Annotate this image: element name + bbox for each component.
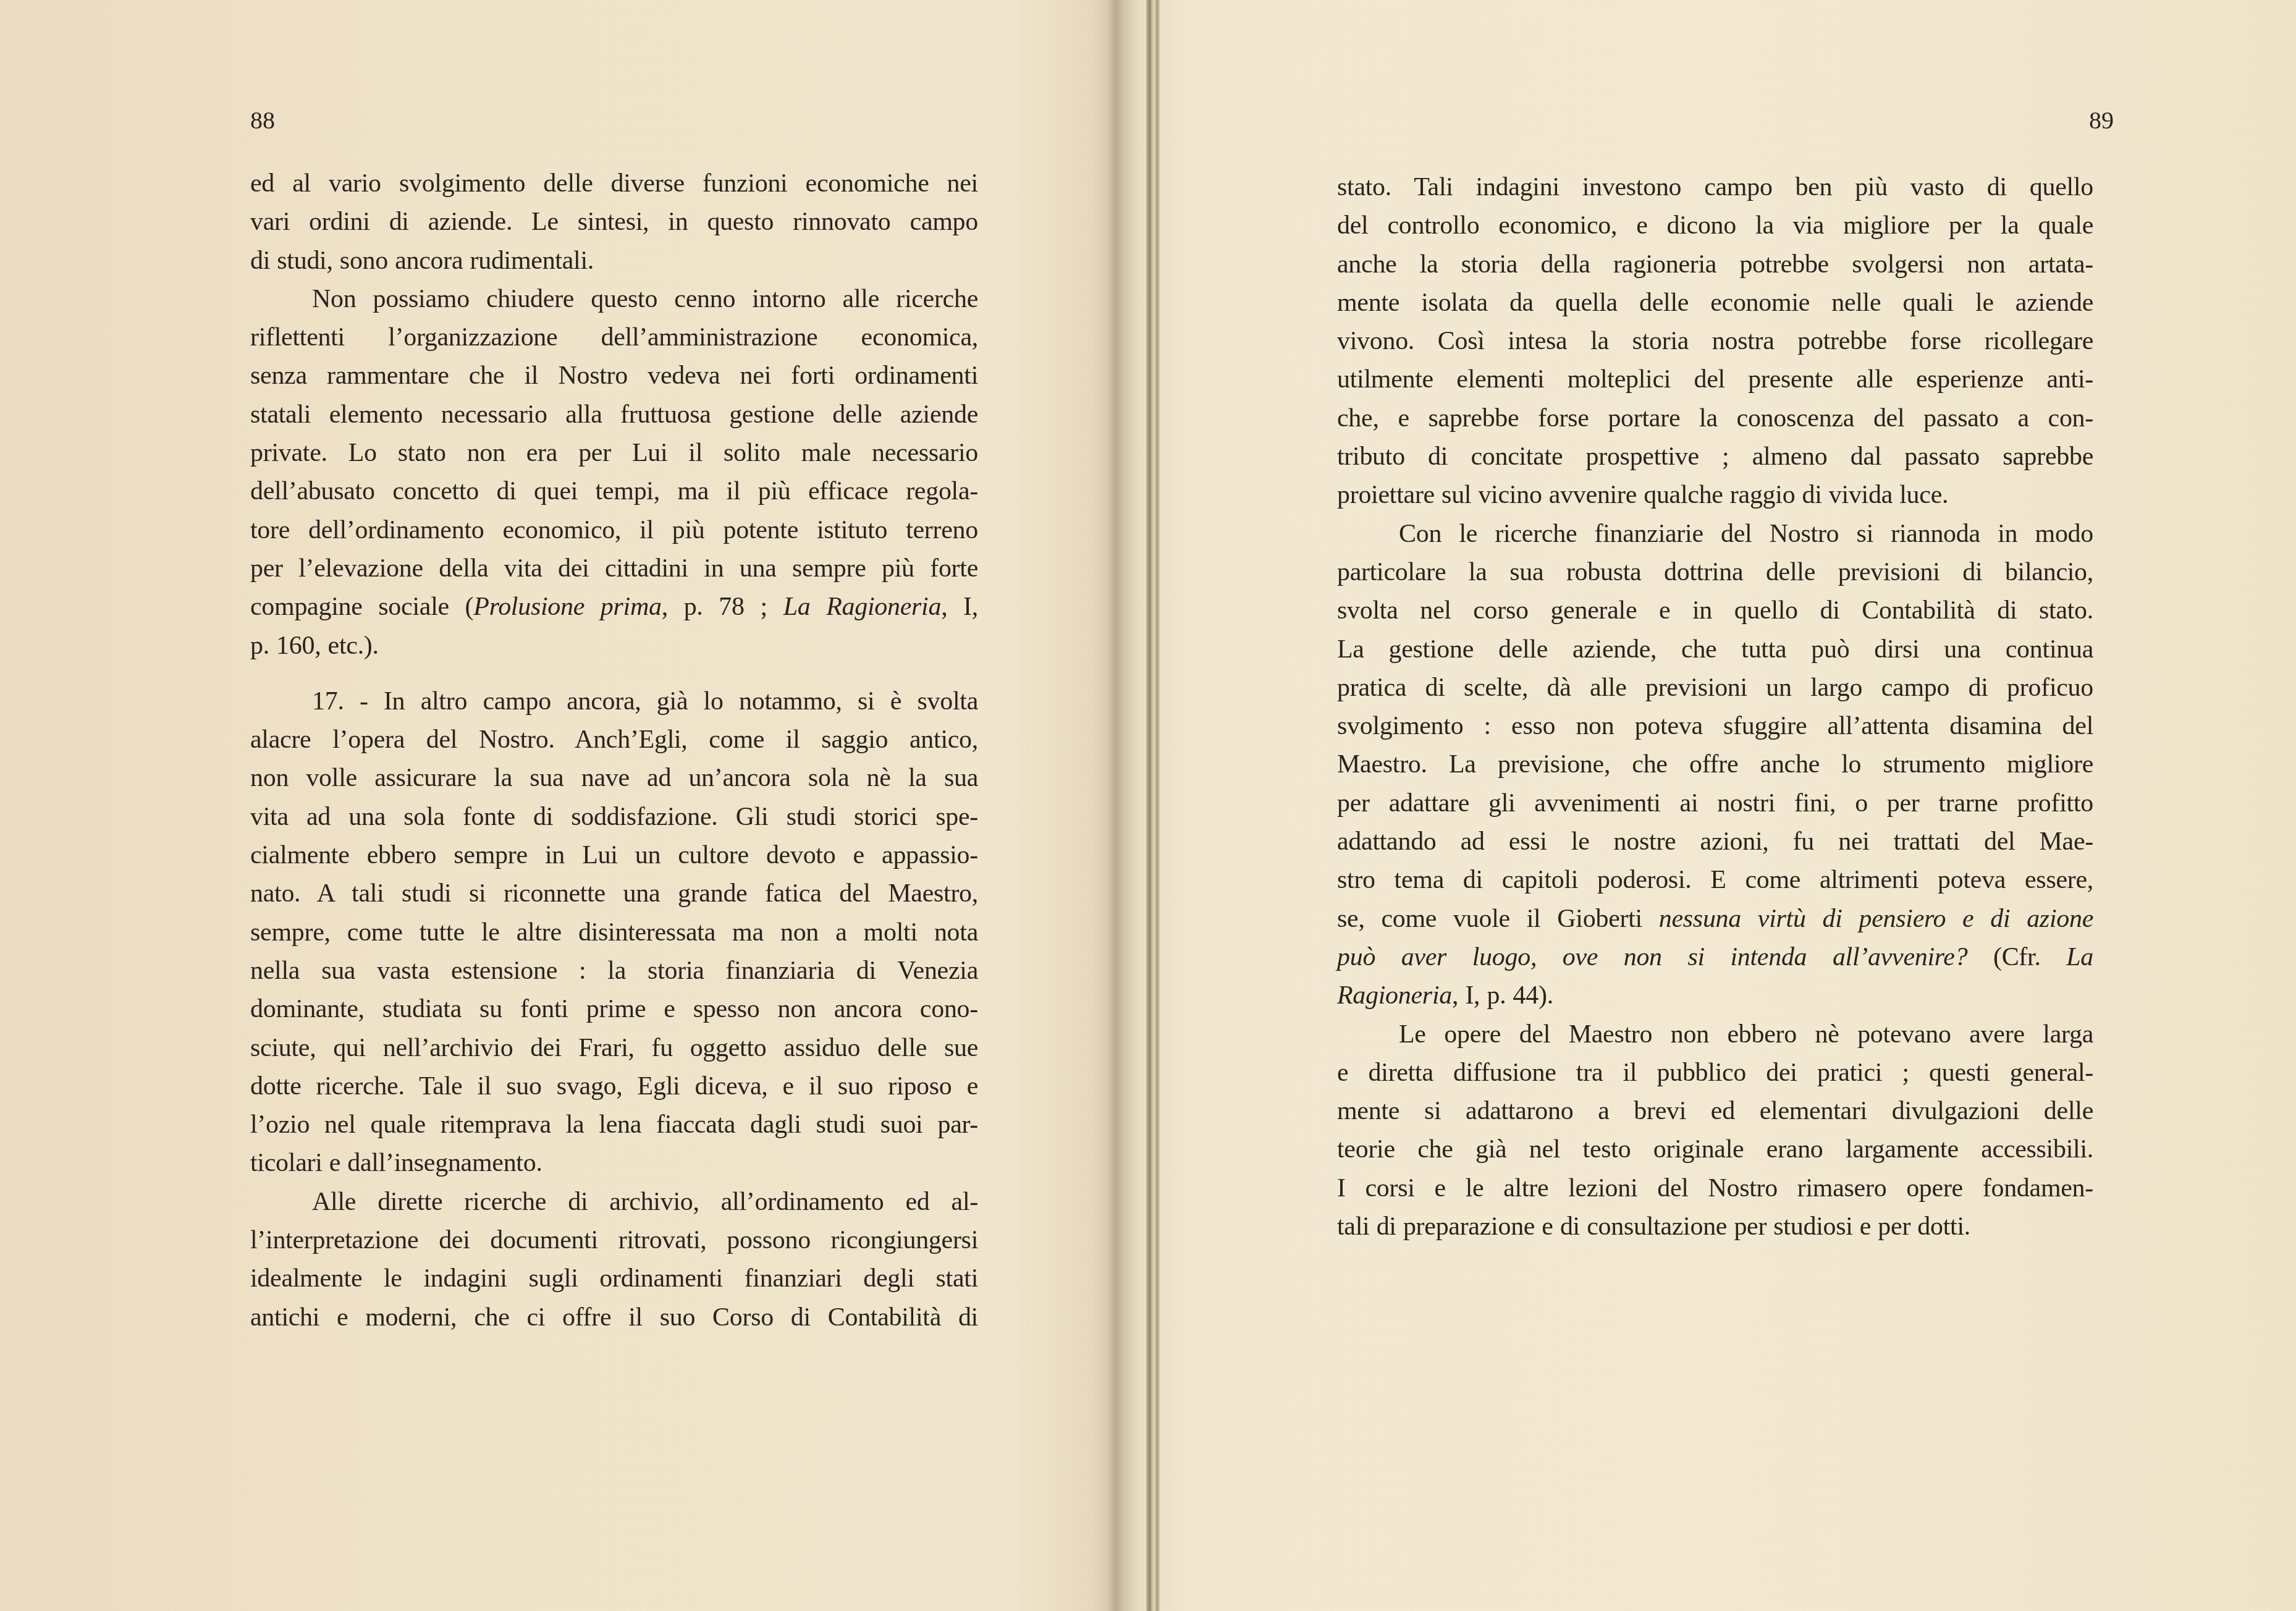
text-line: Non possiamo chiudere questo cenno intor…	[250, 280, 978, 318]
text-line: mente si adattarono a brevi ed elementar…	[1337, 1092, 2093, 1130]
text-line: adattando ad essi le nostre azioni, fu n…	[1337, 822, 2093, 861]
text-line: svolta nel corso generale e in quello di…	[1337, 591, 2093, 630]
text-line: Le opere del Maestro non ebbero nè potev…	[1337, 1015, 2093, 1054]
text-line: alacre l’opera del Nostro. Anch’Egli, co…	[250, 721, 978, 759]
text-line: sempre, come tutte le altre disinteressa…	[250, 913, 978, 952]
text-line: vari ordini di aziende. Le sintesi, in q…	[250, 203, 978, 241]
text-line: l’ozio nel quale ritemprava la lena fiac…	[250, 1106, 978, 1144]
text-line: compagine sociale (Prolusione prima, p. …	[250, 588, 978, 626]
text-line: tore dell’ordinamento economico, il più …	[250, 511, 978, 549]
text-line: Con le ricerche finanziarie del Nostro s…	[1337, 515, 2093, 553]
text-line: senza rammentare che il Nostro vedeva ne…	[250, 357, 978, 395]
body-text: ed al vario svolgimento delle diverse fu…	[250, 164, 978, 1337]
text-line: di studi, sono ancora rudimentali.	[250, 242, 978, 280]
text-line: Alle dirette ricerche di archivio, all’o…	[250, 1183, 978, 1221]
text-line: statali elemento necessario alla fruttuo…	[250, 395, 978, 434]
text-line: Ragioneria, I, p. 44).	[1337, 976, 2093, 1015]
text-line: per l’elevazione della vita dei cittadin…	[250, 549, 978, 588]
text-line: teorie che già nel testo originale erano…	[1337, 1130, 2093, 1169]
text-line: antichi e moderni, che ci offre il suo C…	[250, 1298, 978, 1337]
paragraph: Alle dirette ricerche di archivio, all’o…	[250, 1183, 978, 1337]
text-line: p. 160, etc.).	[250, 627, 978, 665]
text-line: stato. Tali indagini investono campo ben…	[1337, 168, 2093, 206]
paragraph: Non possiamo chiudere questo cenno intor…	[250, 280, 978, 665]
text-line: ed al vario svolgimento delle diverse fu…	[250, 164, 978, 203]
text-line: dominante, studiata su fonti prime e spe…	[250, 990, 978, 1028]
text-line: sciute, qui nell’archivio dei Frari, fu …	[250, 1029, 978, 1067]
left-page: 88 ed al vario svolgimento delle diverse…	[0, 0, 1146, 1611]
text-line: particolare la sua robusta dottrina dell…	[1337, 553, 2093, 591]
text-line: 17. - In altro campo ancora, già lo nota…	[250, 682, 978, 721]
text-line: e diretta diffusione tra il pubblico dei…	[1337, 1054, 2093, 1092]
paragraph: 17. - In altro campo ancora, già lo nota…	[250, 682, 978, 1183]
right-page: 89 stato. Tali indagini investono campo …	[1159, 0, 2296, 1611]
paragraph: Le opere del Maestro non ebbero nè potev…	[1337, 1015, 2093, 1246]
paragraph: Con le ricerche finanziarie del Nostro s…	[1337, 515, 2093, 1015]
text-line: che, e saprebbe forse portare la conosce…	[1337, 399, 2093, 438]
page-number: 89	[2089, 105, 2114, 136]
text-line: ticolari e dall’insegnamento.	[250, 1144, 978, 1182]
text-line: stro tema di capitoli poderosi. E come a…	[1337, 861, 2093, 899]
text-line: dotte ricerche. Tale il suo svago, Egli …	[250, 1067, 978, 1106]
text-line: tali di preparazione e di consultazione …	[1337, 1207, 2093, 1246]
text-line: per adattare gli avvenimenti ai nostri f…	[1337, 784, 2093, 822]
text-line: svolgimento : esso non poteva sfuggire a…	[1337, 707, 2093, 745]
text-line: non volle assicurare la sua nave ad un’a…	[250, 759, 978, 797]
text-line: I corsi e le altre lezioni del Nostro ri…	[1337, 1169, 2093, 1207]
text-line: cialmente ebbero sempre in Lui un cultor…	[250, 836, 978, 874]
text-line: mente isolata da quella delle economie n…	[1337, 284, 2093, 322]
book-gutter	[1146, 0, 1160, 1611]
body-text: stato. Tali indagini investono campo ben…	[1337, 168, 2093, 1246]
text-line: può aver luogo, ove non si intenda all’a…	[1337, 938, 2093, 976]
text-line: tributo di concitate prospettive ; almen…	[1337, 438, 2093, 476]
text-line: vivono. Così intesa la storia nostra pot…	[1337, 322, 2093, 360]
text-line: riflettenti l’organizzazione dell’ammini…	[250, 318, 978, 357]
text-line: utilmente elementi molteplici del presen…	[1337, 360, 2093, 399]
text-line: Maestro. La previsione, che offre anche …	[1337, 745, 2093, 784]
text-line: pratica di scelte, dà alle previsioni un…	[1337, 669, 2093, 707]
text-line: private. Lo stato non era per Lui il sol…	[250, 434, 978, 472]
text-line: se, come vuole il Gioberti nessuna virtù…	[1337, 900, 2093, 938]
text-line: nella sua vasta estensione : la storia f…	[250, 952, 978, 990]
text-line: dell’abusato concetto di quei tempi, ma …	[250, 472, 978, 510]
book-spread: 88 ed al vario svolgimento delle diverse…	[0, 0, 2296, 1611]
text-line: l’interpretazione dei documenti ritrovat…	[250, 1221, 978, 1259]
text-line: proiettare sul vicino avvenire qualche r…	[1337, 476, 2093, 514]
text-line: del controllo economico, e dicono la via…	[1337, 206, 2093, 245]
paragraph: stato. Tali indagini investono campo ben…	[1337, 168, 2093, 515]
text-line: nato. A tali studi si riconnette una gra…	[250, 874, 978, 913]
page-number: 88	[250, 105, 275, 136]
text-line: La gestione delle aziende, che tutta può…	[1337, 630, 2093, 669]
text-line: vita ad una sola fonte di soddisfazione.…	[250, 798, 978, 836]
paragraph: ed al vario svolgimento delle diverse fu…	[250, 164, 978, 280]
text-line: idealmente le indagini sugli ordinamenti…	[250, 1259, 978, 1298]
text-line: anche la storia della ragioneria potrebb…	[1337, 245, 2093, 284]
